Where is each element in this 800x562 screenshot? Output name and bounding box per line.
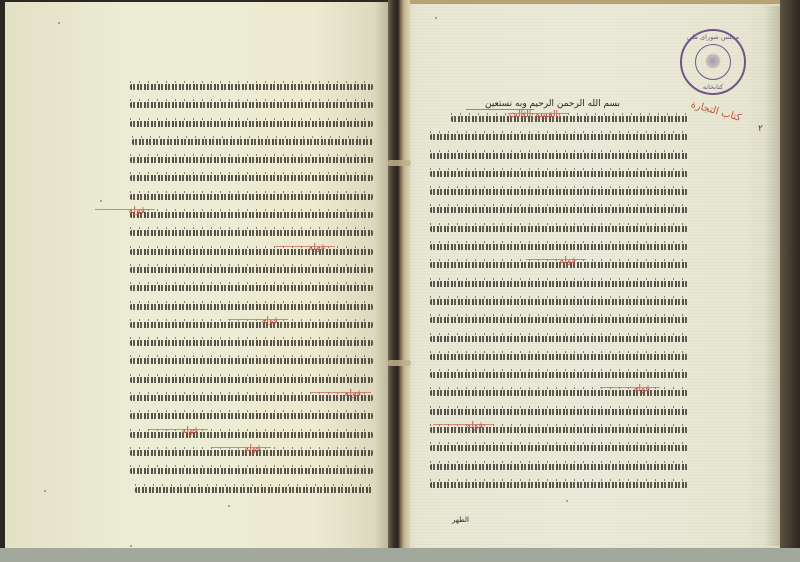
paper-speck <box>44 490 46 492</box>
handwritten-text <box>130 322 373 328</box>
handwritten-text <box>451 116 688 122</box>
paper-speck <box>58 22 60 24</box>
red-overline <box>275 246 335 247</box>
handwritten-text <box>430 189 688 195</box>
handwritten-text <box>430 317 688 323</box>
handwritten-text <box>130 340 373 346</box>
handwritten-text <box>430 409 688 415</box>
handwritten-text <box>130 102 373 108</box>
manuscript-line <box>130 133 373 151</box>
manuscript-line: قوله <box>130 243 373 261</box>
manuscript-line <box>130 169 373 187</box>
handwritten-text <box>430 372 688 378</box>
handwritten-text <box>130 304 373 310</box>
book-gutter-binding <box>388 0 410 548</box>
manuscript-line <box>430 165 688 183</box>
handwritten-text <box>130 377 373 383</box>
manuscript-line <box>430 311 688 329</box>
handwritten-text <box>132 139 373 145</box>
manuscript-line: قوله <box>130 444 373 462</box>
manuscript-line: قوله <box>130 426 373 444</box>
paper-speck <box>228 505 230 507</box>
manuscript-line <box>430 128 688 146</box>
folio-number: ٢ <box>758 124 763 134</box>
handwritten-text <box>130 175 373 181</box>
rubric-red-word: قوله <box>128 206 145 216</box>
red-overline <box>600 387 660 388</box>
handwritten-text <box>130 212 373 218</box>
red-overline <box>433 424 493 425</box>
handwritten-text <box>430 281 688 287</box>
handwritten-text <box>430 171 688 177</box>
handwritten-text <box>130 121 373 127</box>
manuscript-line <box>130 115 373 133</box>
manuscript-line <box>130 188 373 206</box>
handwritten-text <box>430 226 688 232</box>
rubric-red-word: قوله <box>181 426 198 436</box>
handwritten-text <box>130 432 373 438</box>
manuscript-line <box>430 183 688 201</box>
manuscript-line <box>430 275 688 293</box>
red-overline <box>508 113 568 114</box>
right-page-text-block: القسم الثالثقولهقولهقوله <box>430 110 688 494</box>
handwritten-text <box>430 299 688 305</box>
red-overline <box>228 319 288 320</box>
manuscript-line <box>430 330 688 348</box>
manuscript-line <box>130 96 373 114</box>
binding-thread <box>387 360 411 366</box>
handwritten-text <box>430 244 688 250</box>
manuscript-line <box>430 220 688 238</box>
handwritten-text <box>130 157 373 163</box>
handwritten-text <box>130 230 373 236</box>
rubric-red-word: قوله <box>466 421 483 431</box>
manuscript-line <box>130 261 373 279</box>
handwritten-text <box>130 267 373 273</box>
emblem-icon <box>705 53 721 69</box>
red-overline <box>148 429 208 430</box>
right-binding-edge <box>780 0 800 548</box>
manuscript-line <box>430 293 688 311</box>
manuscript-line <box>130 462 373 480</box>
manuscript-line <box>130 481 373 499</box>
basmala-header: بسم الله الرحمن الرحيم وبه نستعين <box>500 99 620 109</box>
scanner-bed-strip <box>0 548 800 562</box>
rubric-red-word: قوله <box>633 384 650 394</box>
manuscript-line: قوله <box>130 206 373 224</box>
handwritten-text <box>430 482 688 488</box>
handwritten-text <box>430 445 688 451</box>
handwritten-text <box>130 249 373 255</box>
manuscript-line <box>430 439 688 457</box>
paper-speck <box>566 500 568 502</box>
handwritten-text <box>130 395 373 401</box>
handwritten-text <box>430 336 688 342</box>
rubric-red-word: قوله <box>261 316 278 326</box>
manuscript-line: القسم الثالث <box>430 110 688 128</box>
rubric-red-word: قوله <box>559 256 576 266</box>
stamp-inner-ring <box>695 44 731 80</box>
red-overline <box>526 259 586 260</box>
manuscript-line: قوله <box>430 384 688 402</box>
manuscript-line <box>130 279 373 297</box>
paper-speck <box>435 17 437 19</box>
handwritten-text <box>130 84 373 90</box>
manuscript-line: قوله <box>130 316 373 334</box>
handwritten-text <box>130 413 373 419</box>
manuscript-line: قوله <box>430 421 688 439</box>
red-overline <box>211 447 271 448</box>
handwritten-text <box>130 285 373 291</box>
handwritten-text <box>130 358 373 364</box>
manuscript-line <box>430 366 688 384</box>
manuscript-line <box>430 201 688 219</box>
handwritten-text <box>135 487 373 493</box>
handwritten-text <box>430 134 688 140</box>
handwritten-text <box>130 194 373 200</box>
catchword: الطهر <box>452 516 469 524</box>
rubric-red-word: قوله <box>344 389 361 399</box>
handwritten-text <box>130 468 373 474</box>
manuscript-line <box>430 458 688 476</box>
paper-speck <box>130 545 132 547</box>
red-overline <box>95 209 155 210</box>
manuscript-line <box>130 298 373 316</box>
rubric-red-word: القسم الثالث <box>509 110 558 120</box>
manuscript-line <box>130 224 373 242</box>
manuscript-line <box>430 476 688 494</box>
manuscript-line: قوله <box>130 389 373 407</box>
handwritten-text <box>430 354 688 360</box>
manuscript-line <box>430 348 688 366</box>
handwritten-text <box>430 207 688 213</box>
rubric-red-word: قوله <box>244 444 261 454</box>
manuscript-line <box>430 147 688 165</box>
paper-speck <box>100 200 102 202</box>
manuscript-line <box>430 238 688 256</box>
handwritten-text <box>430 153 688 159</box>
stamp-bottom-text: كتابخانه <box>682 83 744 91</box>
stamp-top-text: مجلس شوراى ملى <box>682 33 744 41</box>
rubric-red-word: قوله <box>308 243 325 253</box>
manuscript-line <box>130 334 373 352</box>
manuscript-line: قوله <box>430 256 688 274</box>
left-page-text-block: قولهقولهقولهقولهقولهقوله <box>130 78 373 499</box>
library-seal-stamp: مجلس شوراى ملى كتابخانه <box>680 29 746 95</box>
manuscript-line <box>130 407 373 425</box>
handwritten-text <box>430 464 688 470</box>
manuscript-line <box>430 403 688 421</box>
manuscript-line <box>130 151 373 169</box>
manuscript-line <box>130 371 373 389</box>
manuscript-line <box>130 352 373 370</box>
red-overline <box>311 392 371 393</box>
manuscript-line <box>130 78 373 96</box>
binding-thread <box>387 160 411 166</box>
